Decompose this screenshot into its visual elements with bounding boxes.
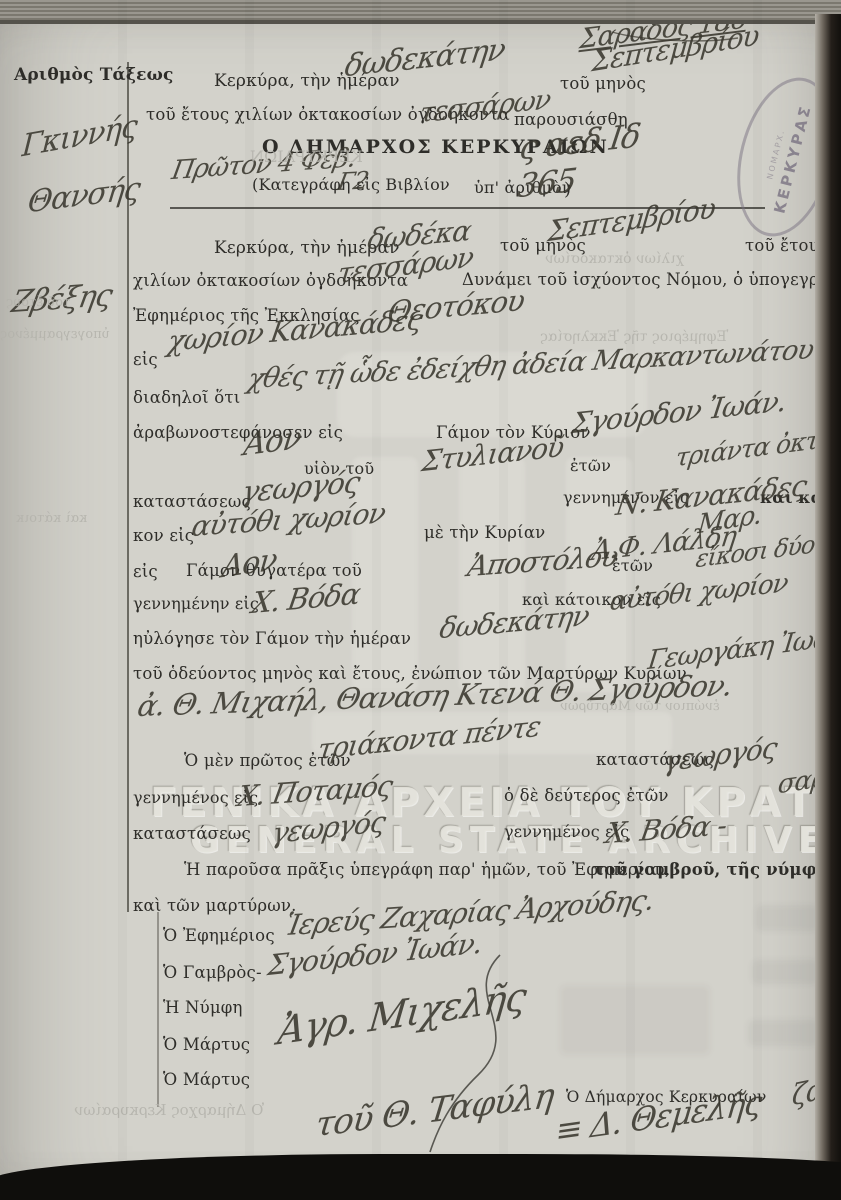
kon-eis: κον εἰς bbox=[133, 527, 194, 545]
hw-witness2-born: Χ. Βόδα - bbox=[603, 811, 728, 848]
book-bottom-edge bbox=[0, 1154, 841, 1200]
bleed-tou-etous: τοῦ ἔτους bbox=[6, 296, 70, 310]
bleed-chilion: χιλίων ὀκτακοσίων bbox=[545, 252, 684, 267]
bleed-kai-katoik: καὶ κάτοικ bbox=[16, 512, 87, 526]
smudge-mark bbox=[752, 960, 818, 984]
hw-book-letter: Γ2 bbox=[336, 168, 371, 194]
katastaseos-w2: καταστάσεως bbox=[133, 825, 251, 843]
bleed-efimerios: Ἐφημέριος τῆς Ἐκκλησίας bbox=[540, 330, 728, 345]
kai-ton-martyron: καὶ τῶν μαρτύρων. bbox=[133, 897, 297, 915]
eis-1: εἰς bbox=[133, 351, 158, 369]
gennimenin-eis: γεννημένην εἰς bbox=[133, 595, 259, 613]
book-spine-edge bbox=[815, 14, 841, 1200]
scanned-register-page: ΓΕΝΙΚΑ ΑΡΧΕΙΑ ΤΟΥ ΚΡΑΤΟΥΣ GENERAL STATE … bbox=[0, 0, 841, 1200]
hw-reg-number: 365 bbox=[516, 164, 578, 203]
margin-header: Αριθμὸς Τάξεως bbox=[14, 66, 174, 85]
book-top-edge bbox=[0, 0, 841, 24]
hw-day-1: δωδεκάτην bbox=[343, 35, 507, 82]
diadiloi-oti: διαδηλοῖ ὅτι bbox=[133, 389, 240, 407]
hw-bottom-left-sig: τοῦ Θ. Ταφύλη bbox=[314, 1078, 556, 1142]
label-efimerios: Ὁ Ἐφημέριος bbox=[163, 927, 275, 945]
hw-first-gamon-bride: Αον bbox=[220, 545, 278, 583]
line1-tou-minos: τοῦ μηνὸς bbox=[560, 75, 646, 93]
smudge-mark bbox=[748, 1020, 818, 1046]
me-tin-kyrian: μὲ τὴν Κυρίαν bbox=[424, 524, 545, 542]
tou-gamvrou-tis-nymfis: τοῦ γαμβροῦ, τῆς νύμφης bbox=[593, 861, 839, 879]
label-martys-1: Ὁ Μάρτυς bbox=[163, 1036, 250, 1054]
smudge-mark bbox=[756, 905, 818, 931]
hw-sig-martys: Ἀγρ. Μιχελῆς bbox=[276, 977, 528, 1051]
smudge-mark bbox=[560, 985, 710, 1055]
eton-groom: ἐτῶν bbox=[570, 457, 611, 475]
label-gamvros: Ὁ Γαμβρὸς- bbox=[163, 964, 262, 982]
bleed-ypogegrammenos: ὑπογεγραμμένος bbox=[0, 328, 110, 342]
label-martys-2: Ὁ Μάρτυς bbox=[163, 1071, 250, 1089]
signature-column-rule bbox=[157, 912, 159, 1107]
arravonostefanosen: ἀραβωνοστεφάνοσεν εἰς bbox=[133, 424, 343, 442]
bleed-dimarchos: Ὁ Δήμαρχος Κερκυραίων bbox=[74, 1102, 264, 1119]
eis-2: εἰς bbox=[133, 563, 158, 581]
o-de-defteros: ὁ δὲ δεύτερος ἐτῶν bbox=[504, 787, 669, 805]
hw-margin-name-2: Θανσής bbox=[26, 174, 141, 218]
bleed-martyron: ἐνώπιον τῶν Μαρτύρων bbox=[560, 700, 720, 714]
bleed-kerkyraion: ΚΕΡΚΥΡΑΙΩΝ bbox=[250, 148, 363, 166]
hw-first-gamon: Αον bbox=[242, 423, 302, 462]
hw-margin-name-1: Γκιννής bbox=[21, 111, 138, 162]
label-nymfi: Ἡ Νύμφη bbox=[163, 999, 243, 1017]
hw-month-2: Σεπτεμβρίου bbox=[546, 194, 716, 246]
evlogise: ηὐλόγησε τὸν Γάμον τὴν ἡμέραν bbox=[133, 630, 411, 648]
